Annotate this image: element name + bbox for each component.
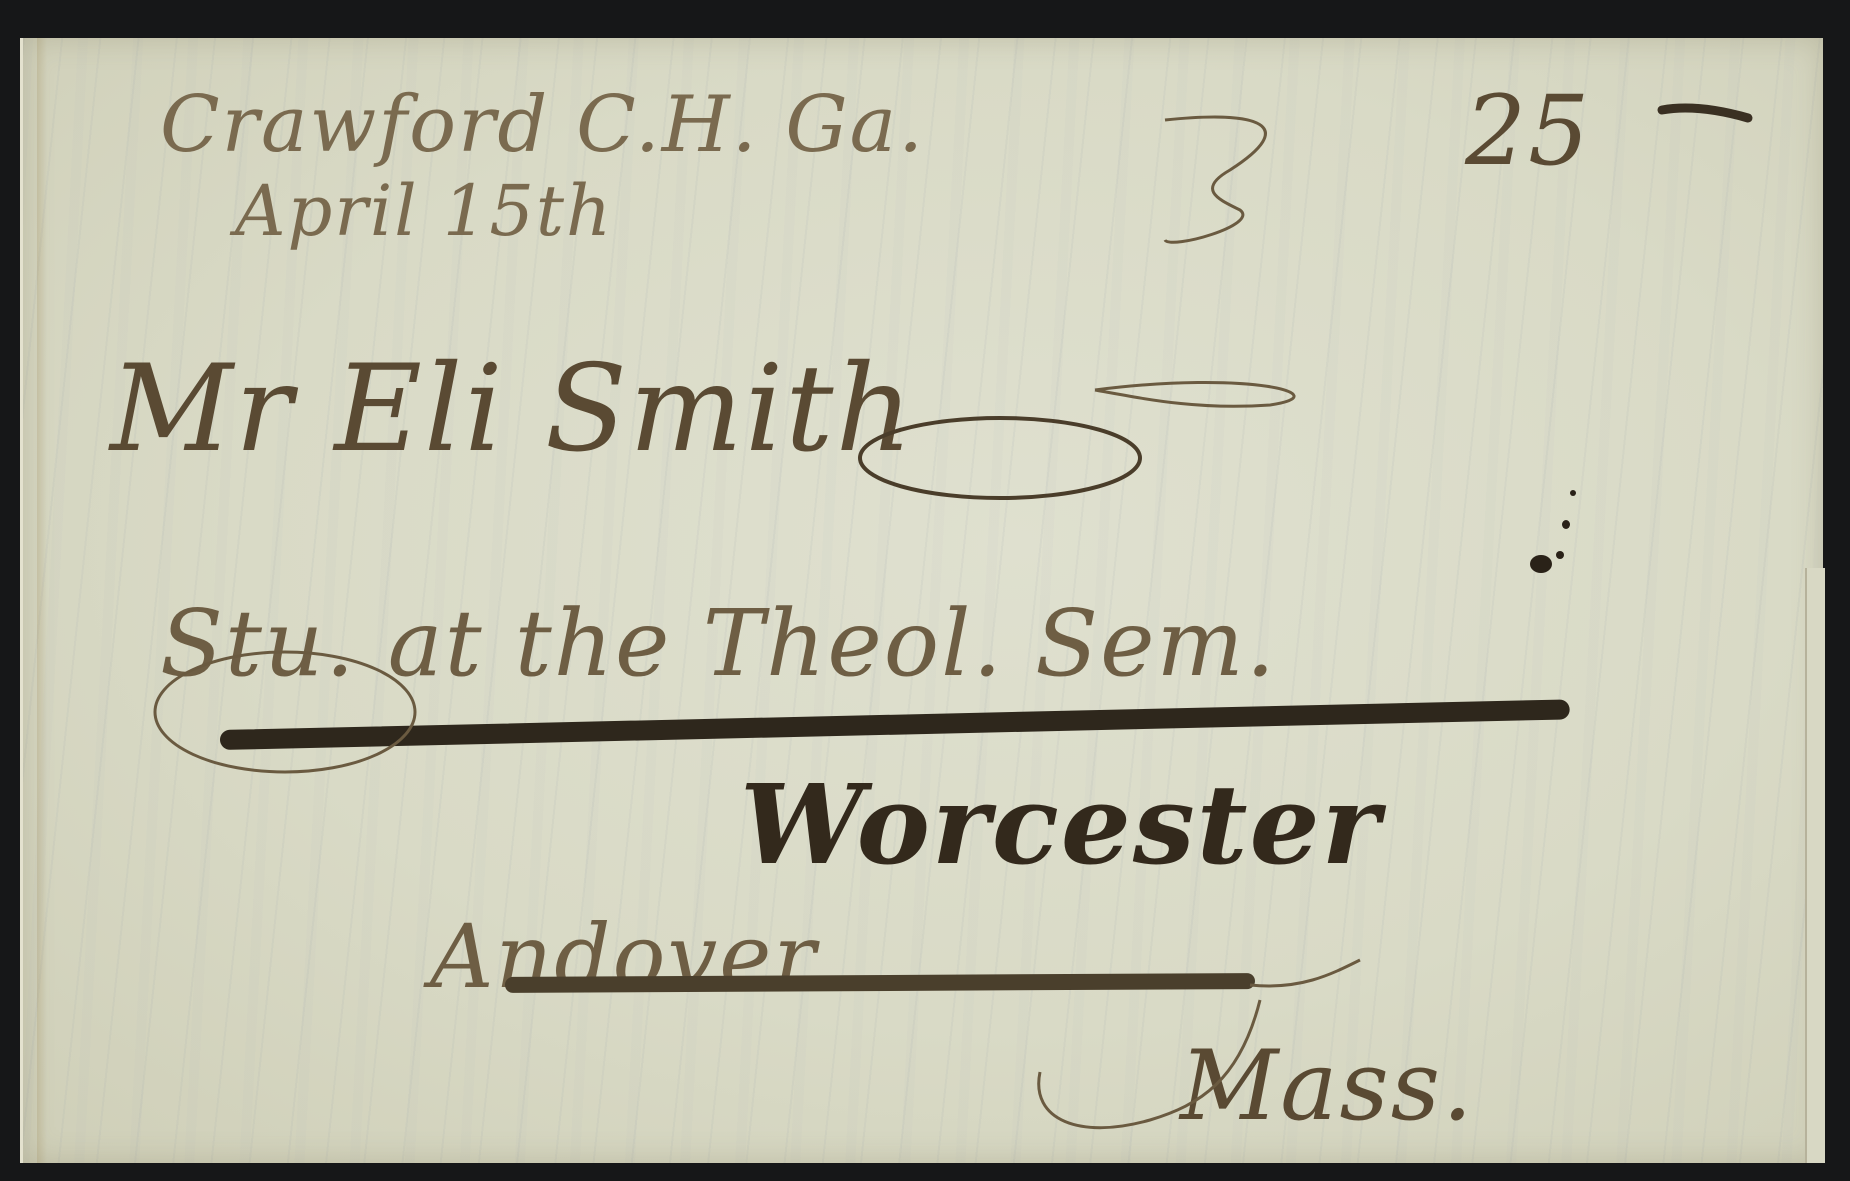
- struck-town: Andover: [430, 905, 817, 1008]
- forwarded-town: Worcester: [740, 760, 1382, 889]
- manuscript-postmark-date: April 15th: [235, 170, 613, 252]
- state-abbreviation: Mass.: [1180, 1030, 1475, 1142]
- ink-blot: [1562, 520, 1570, 529]
- ink-blot: [1556, 551, 1564, 559]
- addressee-name: Mr Eli Smith: [110, 340, 915, 479]
- folded-edge: [1805, 568, 1825, 1163]
- ink-blot: [1570, 490, 1576, 496]
- ink-blot: [1530, 555, 1552, 573]
- manuscript-postmark-town: Crawford C.H. Ga.: [160, 80, 925, 170]
- struck-address-line: Stu. at the Theol. Sem.: [160, 590, 1277, 697]
- document-scan: Crawford C.H. Ga. April 15th 25 Mr Eli S…: [0, 0, 1850, 1181]
- rate-marking: 25: [1465, 75, 1591, 187]
